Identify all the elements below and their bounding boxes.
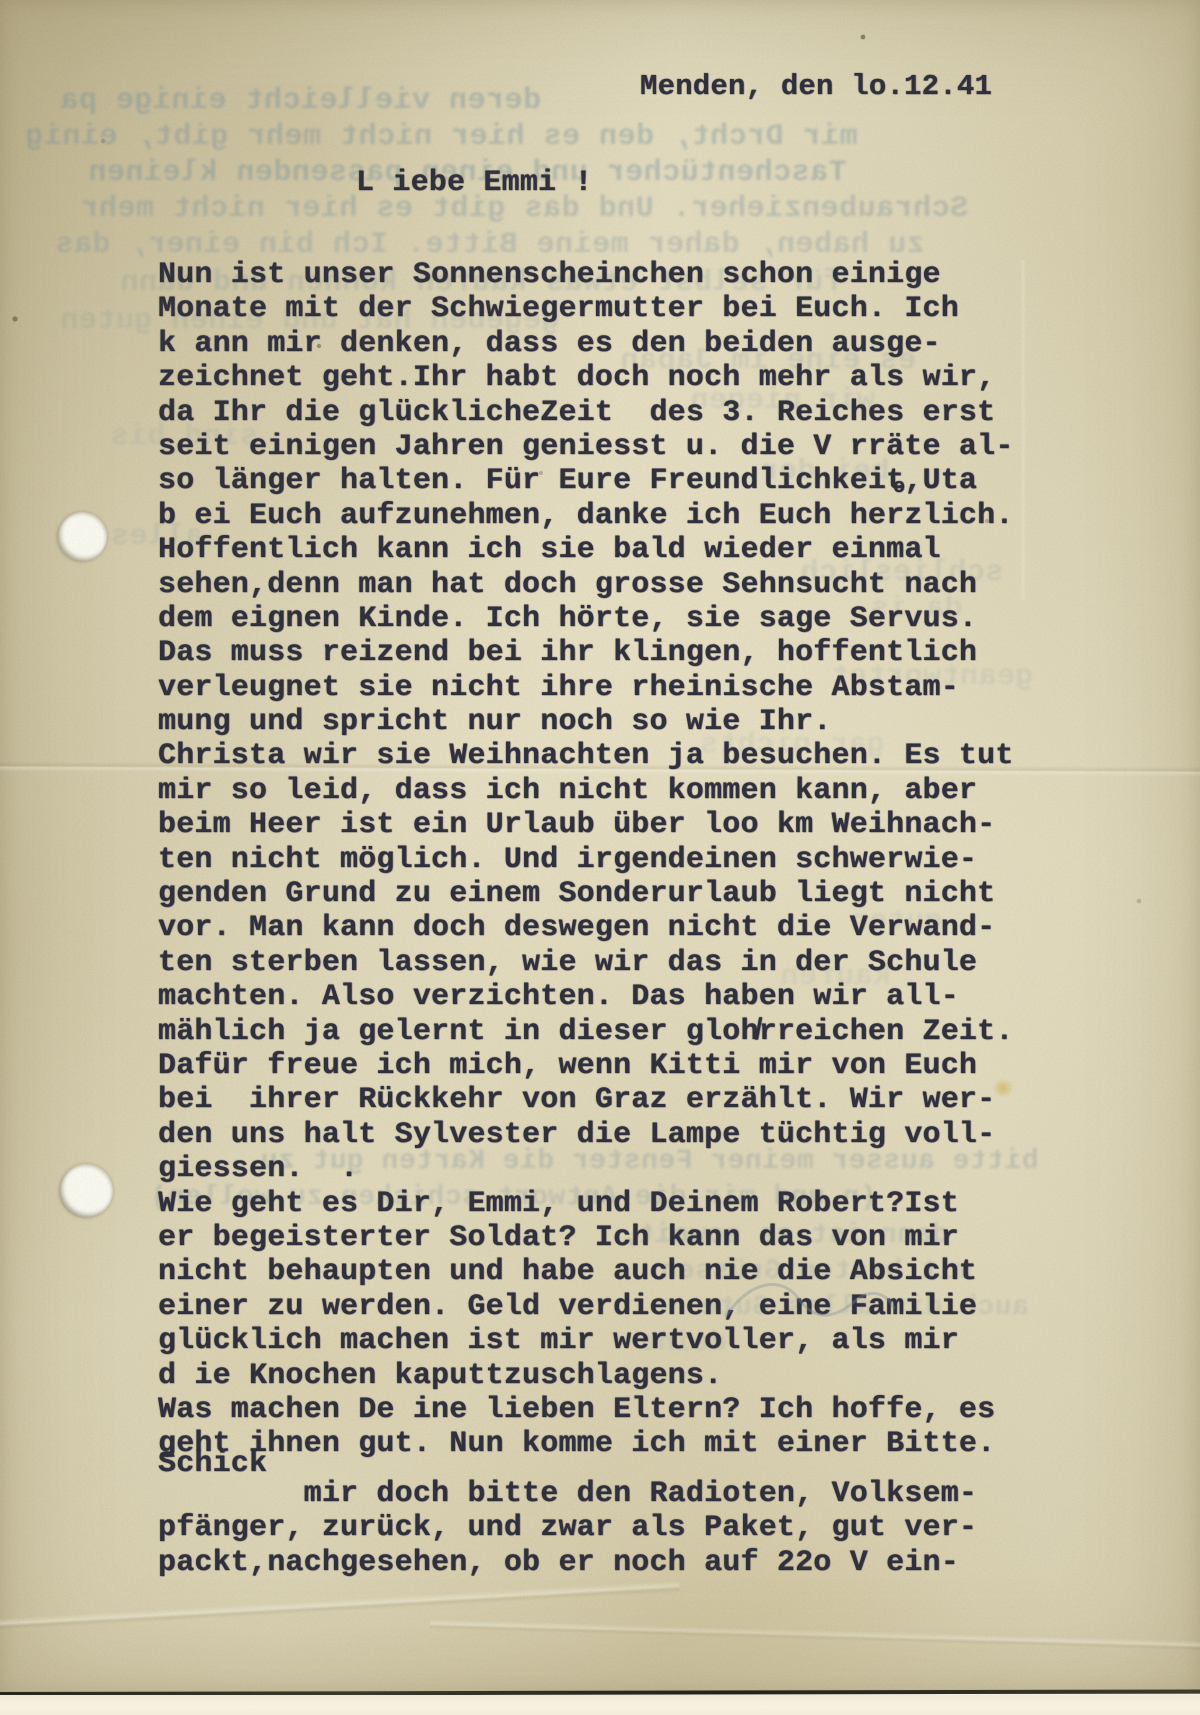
letter-line: mir doch bitte den Radioten, Volksem- xyxy=(158,1477,1014,1511)
letter-line: Wie geht es Dir, Emmi, und Deinem Robert… xyxy=(158,1187,1014,1221)
letter-line: verleugnet sie nicht ihre rheinische Abs… xyxy=(158,671,1014,705)
letter-line: sehen,denn man hat doch grosse Sehnsucht… xyxy=(158,568,1014,602)
letter-line: Das muss reizend bei ihr klingen, hoffen… xyxy=(158,636,1014,670)
letter-line: dem eignen Kinde. Ich hörte, sie sage Se… xyxy=(158,602,1014,636)
letter-line: seit einigen Jahren geniesst u. die V rr… xyxy=(158,430,1014,464)
letter-line: den uns halt Sylvester die Lampe tüchtig… xyxy=(158,1118,1014,1152)
letter-line: mung und spricht nur noch so wie Ihr. xyxy=(158,705,1014,739)
letter-paper: deren vielleicht einige pamir Drcht, den… xyxy=(0,0,1200,1694)
letter-line: nicht behaupten und habe auch nie die Ab… xyxy=(158,1255,1014,1289)
letter-line: so länger halten. Für Eure Freundlichkei… xyxy=(158,464,1014,498)
punch-hole-bottom xyxy=(59,1164,113,1218)
letter-dateline: Menden, den lo.12.41 xyxy=(640,70,992,103)
letter-line: Christa wir sie Weihnachten ja besuchen.… xyxy=(158,739,1014,773)
letter-line: pfänger, zurück, und zwar als Paket, gut… xyxy=(158,1511,1014,1545)
letter-line: packt,nachgesehen, ob er noch auf 22o V … xyxy=(158,1546,1014,1580)
letter-line: k ann mir denken, dass es den beiden aus… xyxy=(158,327,1014,361)
letter-line: Hoffentlich kann ich sie bald wieder ein… xyxy=(158,533,1014,567)
letter-line: ten nicht möglich. Und irgendeinen schwe… xyxy=(158,843,1014,877)
letter-line: zeichnet geht.Ihr habt doch noch mehr al… xyxy=(158,361,1014,395)
letter-line: geht ihnen gut. Nun komme ich mit einer … xyxy=(158,1427,1014,1461)
punch-hole-top xyxy=(57,512,107,562)
letter-line: einer zu werden. Geld verdienen, eine Fa… xyxy=(158,1290,1014,1324)
bleedthrough-line: deren vielleicht einige pa xyxy=(60,84,541,118)
letter-line: glücklich machen ist mir wertvoller, als… xyxy=(158,1324,1014,1358)
letter-line: er begeisterter Soldat? Ich kann das von… xyxy=(158,1221,1014,1255)
letter-line: da Ihr die glücklicheZeit des 3. Reiches… xyxy=(158,396,1014,430)
bleedthrough-line: zu haben, daher meine Bitte. Ich bin ein… xyxy=(55,228,925,262)
letter-line: beim Heer ist ein Urlaub über loo km Wei… xyxy=(158,808,1014,842)
letter-line: mir so leid, dass ich nicht kommen kann,… xyxy=(158,774,1014,808)
letter-line: mählich ja gelernt in dieser gloh̸rreich… xyxy=(158,1015,1014,1049)
letter-line: Monate mit der Schwiegermutter bei Euch.… xyxy=(158,292,1014,326)
letter-line: giessen. . xyxy=(158,1152,1014,1186)
scanned-letter: deren vielleicht einige pamir Drcht, den… xyxy=(0,0,1200,1715)
letter-line: Nun ist unser Sonnenscheinchen schon ein… xyxy=(158,258,1014,292)
paper-crease xyxy=(0,1580,680,1631)
letter-line: vor. Man kann doch deswegen nicht die Ve… xyxy=(158,911,1014,945)
letter-line: d ie Knochen kaputtzuschlagens. xyxy=(158,1359,1014,1393)
letter-line: ten sterben lassen, wie wir das in der S… xyxy=(158,946,1014,980)
paper-specks xyxy=(0,0,2,2)
letter-body: Nun ist unser Sonnenscheinchen schon ein… xyxy=(158,258,1014,1580)
letter-line: Dafür freue ich mich, wenn Kitti mir von… xyxy=(158,1049,1014,1083)
paper-crease xyxy=(430,1619,1200,1651)
scanner-background xyxy=(0,1695,1200,1715)
paper-crease xyxy=(1020,260,1026,600)
letter-line: Was machen De ine lieben Eltern? Ich hof… xyxy=(158,1393,1014,1427)
bleedthrough-line: mir Drcht, den es hier nicht mehr gibt, … xyxy=(25,120,858,154)
letter-line: b ei Euch aufzunehmen, danke ich Euch he… xyxy=(158,499,1014,533)
letter-line: bei ihrer Rückkehr von Graz erzählt. Wir… xyxy=(158,1083,1014,1117)
typed-correction: o xyxy=(893,476,905,499)
letter-line: machten. Also verzichten. Das haben wir … xyxy=(158,980,1014,1014)
letter-salutation: L iebe Emmi ! xyxy=(356,166,593,200)
letter-line: genden Grund zu einem Sonderurlaub liegt… xyxy=(158,877,1014,911)
